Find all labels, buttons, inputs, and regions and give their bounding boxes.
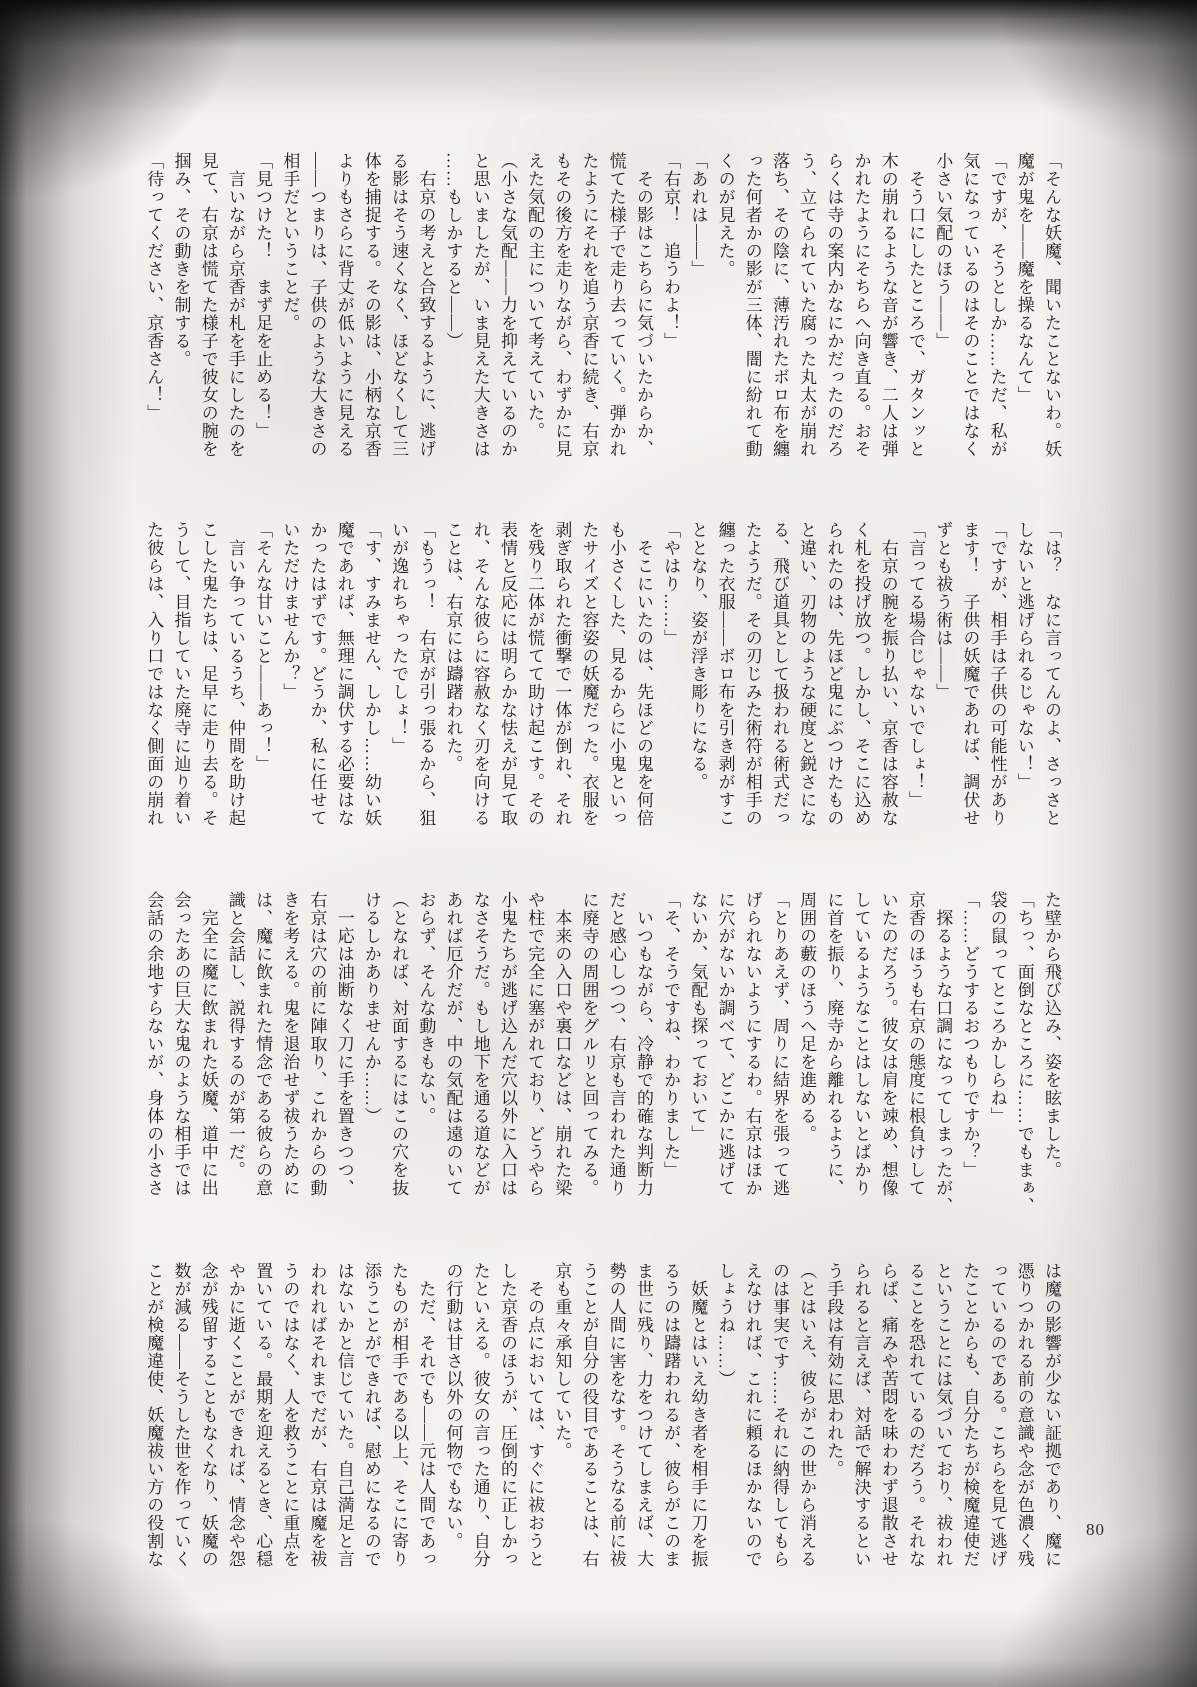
text-column: 京も重々承知していた。 xyxy=(548,1262,575,1598)
text-column: げられないようにするわ。右京はほか xyxy=(739,891,766,1227)
text-column: 数が減る——そうした世を作っていく xyxy=(167,1262,194,1598)
text-column: きを考える。鬼を退治せず祓うために xyxy=(276,891,303,1227)
text-column: 会ったあの巨大な鬼のような相手では xyxy=(167,891,194,1227)
text-column: 剥ぎ取られた衝撃で一体が倒れ、それ xyxy=(548,521,575,857)
text-column: 言い争っているうち、仲間を助け起 xyxy=(222,521,249,857)
text-column: （とはいえ、彼らがこの世から消える xyxy=(793,1262,820,1598)
text-column: の行動は甘さ以外の何物でもない。 xyxy=(439,1262,466,1598)
text-column: 「そんな甘いこと——あっ！」 xyxy=(249,521,276,857)
text-column: と思いましたが、いま見えた大きさは xyxy=(467,152,494,488)
page-number: 80 xyxy=(1086,1520,1105,1540)
text-column: かったはずです。どうか、私に任せて xyxy=(303,521,330,857)
text-column: らば、痛みや苦悶を味わわず退散させ xyxy=(875,1262,902,1598)
text-column: たといえる。彼女の言った通り、自分 xyxy=(467,1262,494,1598)
text-column: 魔であれば、無理に調伏する必要はな xyxy=(331,521,358,857)
text-column: なさそうだ。もし地下を通る道などが xyxy=(467,891,494,1227)
text-column: 添うことができれば、慰めになるので xyxy=(358,1262,385,1598)
text-column: ることを恐れているのだろう。それな xyxy=(902,1262,929,1598)
text-column: 見て、右京は慌てた様子で彼女の腕を xyxy=(195,152,222,488)
text-column: 周囲の藪のほうへ足を進める。 xyxy=(793,891,820,1227)
text-column: しないと逃げられるじゃない！」 xyxy=(1011,521,1038,857)
text-column: 体を捕捉する。その影は、小柄な京香 xyxy=(358,152,385,488)
text-column: 妖魔とはいえ幼き者を相手に刀を振 xyxy=(684,1262,711,1598)
text-column: と違い、刃物のような硬度と鋭さにな xyxy=(793,521,820,857)
text-column: うして、目指していた廃寺に辿り着い xyxy=(167,521,194,857)
text-band-4: は魔の影響が少ない証拠であり、魔に憑りつかれる前の意識や念が色濃く残っているので… xyxy=(140,1262,1065,1598)
text-column: るうのは躊躇われるが、彼らがこのま xyxy=(657,1262,684,1598)
text-column: ——つまりは、子供のような大きさの xyxy=(303,152,330,488)
text-column: 探るような口調になってしまったが、 xyxy=(929,891,956,1227)
text-column: 掴み、その動きを制する。 xyxy=(167,152,194,488)
text-column: 「ですが、相手は子供の可能性があり xyxy=(983,521,1010,857)
text-column: たサイズと容姿の妖魔だった。衣服を xyxy=(575,521,602,857)
text-column: その点においては、すぐに祓おうと xyxy=(521,1262,548,1598)
text-column: 「ですが、そうとしか……ただ、私が xyxy=(983,152,1010,488)
text-column: えた気配の主について考えていた。 xyxy=(521,152,548,488)
text-column: も小さくした、見るからに小鬼といっ xyxy=(603,521,630,857)
text-column: ということには気づいており、祓われ xyxy=(929,1262,956,1598)
text-column: 京香のほうも右京の態度に根負けして xyxy=(902,891,929,1227)
text-column: 慌てた様子で走り去っていく。弾かれ xyxy=(603,152,630,488)
text-column: 「もうっ！ 右京が引っ張るから、狙 xyxy=(412,521,439,857)
text-column: 袋の鼠ってところかしらね」 xyxy=(983,891,1010,1227)
text-column: しょうね……） xyxy=(711,1262,738,1598)
text-column: くのが見えた。 xyxy=(711,152,738,488)
text-column: 言いながら京香が札を手にしたのを xyxy=(222,152,249,488)
text-column: たものが相手である以上、そこに寄り xyxy=(385,1262,412,1598)
text-column: たようにそれを追う京香に続き、右京 xyxy=(575,152,602,488)
text-column: 右京の腕を振り払い、京香は容赦な xyxy=(875,521,902,857)
text-column: く札を投げ放つ。しかし、そこに込め xyxy=(847,521,874,857)
text-column: 魔が鬼を——魔を操るなんて」 xyxy=(1011,152,1038,488)
text-column: る影はそう速くなく、ほどなくして三 xyxy=(385,152,412,488)
text-column: こした鬼たちは、足早に走り去る。そ xyxy=(195,521,222,857)
text-column: 小鬼たちが逃げ込んだ穴以外に入口は xyxy=(494,891,521,1227)
text-column: 一応は油断なく刀に手を置きつつ、 xyxy=(331,891,358,1227)
text-column: 「とりあえず、周りに結界を張って逃 xyxy=(766,891,793,1227)
text-column: ことが検魔違使、妖魔祓い方の役割な xyxy=(140,1262,167,1598)
text-column: た彼らは、入り口ではなく側面の崩れ xyxy=(140,521,167,857)
text-column: 纏った衣服——ボロ布を引き剥がすこ xyxy=(711,521,738,857)
text-column: 勢の人間に害をなす。そうなる前に祓 xyxy=(603,1262,630,1598)
text-column: いが逸れちゃったでしょ！」 xyxy=(385,521,412,857)
text-column: った何者かの影が三体、闇に紛れて動 xyxy=(739,152,766,488)
text-column: いただけませんか？」 xyxy=(276,521,303,857)
text-column: 置いている。最期を迎えるとき、心穏 xyxy=(249,1262,276,1598)
text-column: れ、そんな彼らに容赦なく刃を向ける xyxy=(467,521,494,857)
text-column: 木の崩れるような音が響き、二人は弾 xyxy=(875,152,902,488)
text-column: 「は？ なに言ってんのよ、さっさと xyxy=(1038,521,1065,857)
text-column: や柱で完全に塞がれており、どうやら xyxy=(521,891,548,1227)
text-column: ……もしかすると——） xyxy=(439,152,466,488)
text-column: あれば厄介だが、中の気配は遠のいて xyxy=(439,891,466,1227)
text-column: そう口にしたところで、ガタンッと xyxy=(902,152,929,488)
text-column: 小さい気配のほう——」 xyxy=(929,152,956,488)
text-column: うのではなく、人を救うことに重点を xyxy=(276,1262,303,1598)
text-column: られると言えば、対話で解決するとい xyxy=(847,1262,874,1598)
text-band-1: 「そんな妖魔、聞いたことないわ。妖魔が鬼を——魔を操るなんて」「ですが、そうとし… xyxy=(140,152,1065,488)
text-column: っているのである。こちらを見て逃げ xyxy=(983,1262,1010,1598)
text-column: 識と会話し、説得するのが第一だ。 xyxy=(222,891,249,1227)
text-column: いたのだろう。彼女は肩を竦め、想像 xyxy=(875,891,902,1227)
text-column: そこにいたのは、先ほどの鬼を何倍 xyxy=(630,521,657,857)
text-column: えなければ、これに頼るほかないので xyxy=(739,1262,766,1598)
text-column: 「言ってる場合じゃないでしょ！」 xyxy=(902,521,929,857)
text-column: は、魔に飲まれた情念である彼らの意 xyxy=(249,891,276,1227)
text-column: ないか、気配も探っておいて」 xyxy=(684,891,711,1227)
text-column: に首を振り、廃寺から離れるように、 xyxy=(820,891,847,1227)
text-column: 念が残留することもなくなり、妖魔の xyxy=(195,1262,222,1598)
text-column: ま世に残り、力をつけてしまえば、大 xyxy=(630,1262,657,1598)
text-column: 落ち、その陰に、薄汚れたボロ布を纏 xyxy=(766,152,793,488)
text-column: 本来の入口や裏口などは、崩れた梁 xyxy=(548,891,575,1227)
text-column: した京香のほうが、圧倒的に正しかっ xyxy=(494,1262,521,1598)
text-column: だと感心しつつ、右京も言われた通り xyxy=(603,891,630,1227)
text-column: を残り二体が慌てて助け起こす。その xyxy=(521,521,548,857)
text-column: よりもさらに背丈が低いように見える xyxy=(331,152,358,488)
text-column: 「あれは——」 xyxy=(684,152,711,488)
text-column: 「そ、そうですね、わかりました」 xyxy=(657,891,684,1227)
text-column: （となれば、対面するにはこの穴を抜 xyxy=(385,891,412,1227)
text-column: 「す、すみません、しかし……幼い妖 xyxy=(358,521,385,857)
text-column: 「待ってください、京香さん！」 xyxy=(140,152,167,488)
text-column: われればそれまでだが、右京は魔を祓 xyxy=(303,1262,330,1598)
text-column: ずとも祓う術は——」 xyxy=(929,521,956,857)
text-column: う手段は有効に思われた。 xyxy=(820,1262,847,1598)
text-column: 憑りつかれる前の意識や念が色濃く残 xyxy=(1011,1262,1038,1598)
text-column: 「そんな妖魔、聞いたことないわ。妖 xyxy=(1038,152,1065,488)
text-column: 右京は穴の前に陣取り、これからの動 xyxy=(303,891,330,1227)
text-column: られたのは、先ほど鬼にぶつけたもの xyxy=(820,521,847,857)
text-column: る、飛び道具として扱われる術式だっ xyxy=(766,521,793,857)
text-column: に穴がないか調べて、どこかに逃げて xyxy=(711,891,738,1227)
text-column: 「右京！ 追うわよ！」 xyxy=(657,152,684,488)
text-column: おらず、そんな動きもない。 xyxy=(412,891,439,1227)
text-column: 相手だということだ。 xyxy=(276,152,303,488)
text-column: しているようなことはしないとばかり xyxy=(847,891,874,1227)
text-band-2: 「は？ なに言ってんのよ、さっさとしないと逃げられるじゃない！」「ですが、相手は… xyxy=(140,521,1065,857)
text-column: う、立てられていた腐った丸太が崩れ xyxy=(793,152,820,488)
text-column: やかに逝くことができれば、情念や怨 xyxy=(222,1262,249,1598)
text-column: その影はこちらに気づいたからか、 xyxy=(630,152,657,488)
text-column: いつもながら、冷静で的確な判断力 xyxy=(630,891,657,1227)
text-column: らくは寺の案内かなにかだったのだろ xyxy=(820,152,847,488)
text-column: 気になっているのはそのことではなく xyxy=(956,152,983,488)
text-column: うことが自分の役目であることは、右 xyxy=(575,1262,602,1598)
text-column: けるしかありませんか……） xyxy=(358,891,385,1227)
text-column: 右京の考えと合致するように、逃げ xyxy=(412,152,439,488)
text-column: たようだ。その刃じみた術符が相手の xyxy=(739,521,766,857)
text-column: 「見つけた！ まず足を止める！」 xyxy=(249,152,276,488)
text-column: かれたようにそちらへ向き直る。おそ xyxy=(847,152,874,488)
text-column: は魔の影響が少ない証拠であり、魔に xyxy=(1038,1262,1065,1598)
text-column: 「……どうするおつもりですか？」 xyxy=(956,891,983,1227)
text-column: のは事実です……それに納得してもら xyxy=(766,1262,793,1598)
text-column: 完全に魔に飲まれた妖魔、道中に出 xyxy=(195,891,222,1227)
text-column: ととなり、姿が浮き彫りになる。 xyxy=(684,521,711,857)
text-column: 会話の余地すらないが、身体の小ささ xyxy=(140,891,167,1227)
text-column: に廃寺の周囲をグルリと回ってみる。 xyxy=(575,891,602,1227)
text-column: たことからも、自分たちが検魔違使だ xyxy=(956,1262,983,1598)
text-column: 「やはり……」 xyxy=(657,521,684,857)
text-column: （小さな気配——力を抑えているのか xyxy=(494,152,521,488)
text-column: た壁から飛び込み、姿を眩ました。 xyxy=(1038,891,1065,1227)
text-column: はないかと信じていた。自己満足と言 xyxy=(331,1262,358,1598)
text-column: 表情と反応には明らかな怯えが見て取 xyxy=(494,521,521,857)
text-column: ます！ 子供の妖魔であれば、調伏せ xyxy=(956,521,983,857)
text-column: 「ちっ、面倒なところに……でもまぁ、 xyxy=(1011,891,1038,1227)
text-column: もその後方を走りながら、わずかに見 xyxy=(548,152,575,488)
text-column: ことは、右京には躊躇われた。 xyxy=(439,521,466,857)
text-band-3: た壁から飛び込み、姿を眩ました。「ちっ、面倒なところに……でもまぁ、袋の鼠ってと… xyxy=(140,891,1065,1227)
text-column: ただ、それでも——元は人間であっ xyxy=(412,1262,439,1598)
